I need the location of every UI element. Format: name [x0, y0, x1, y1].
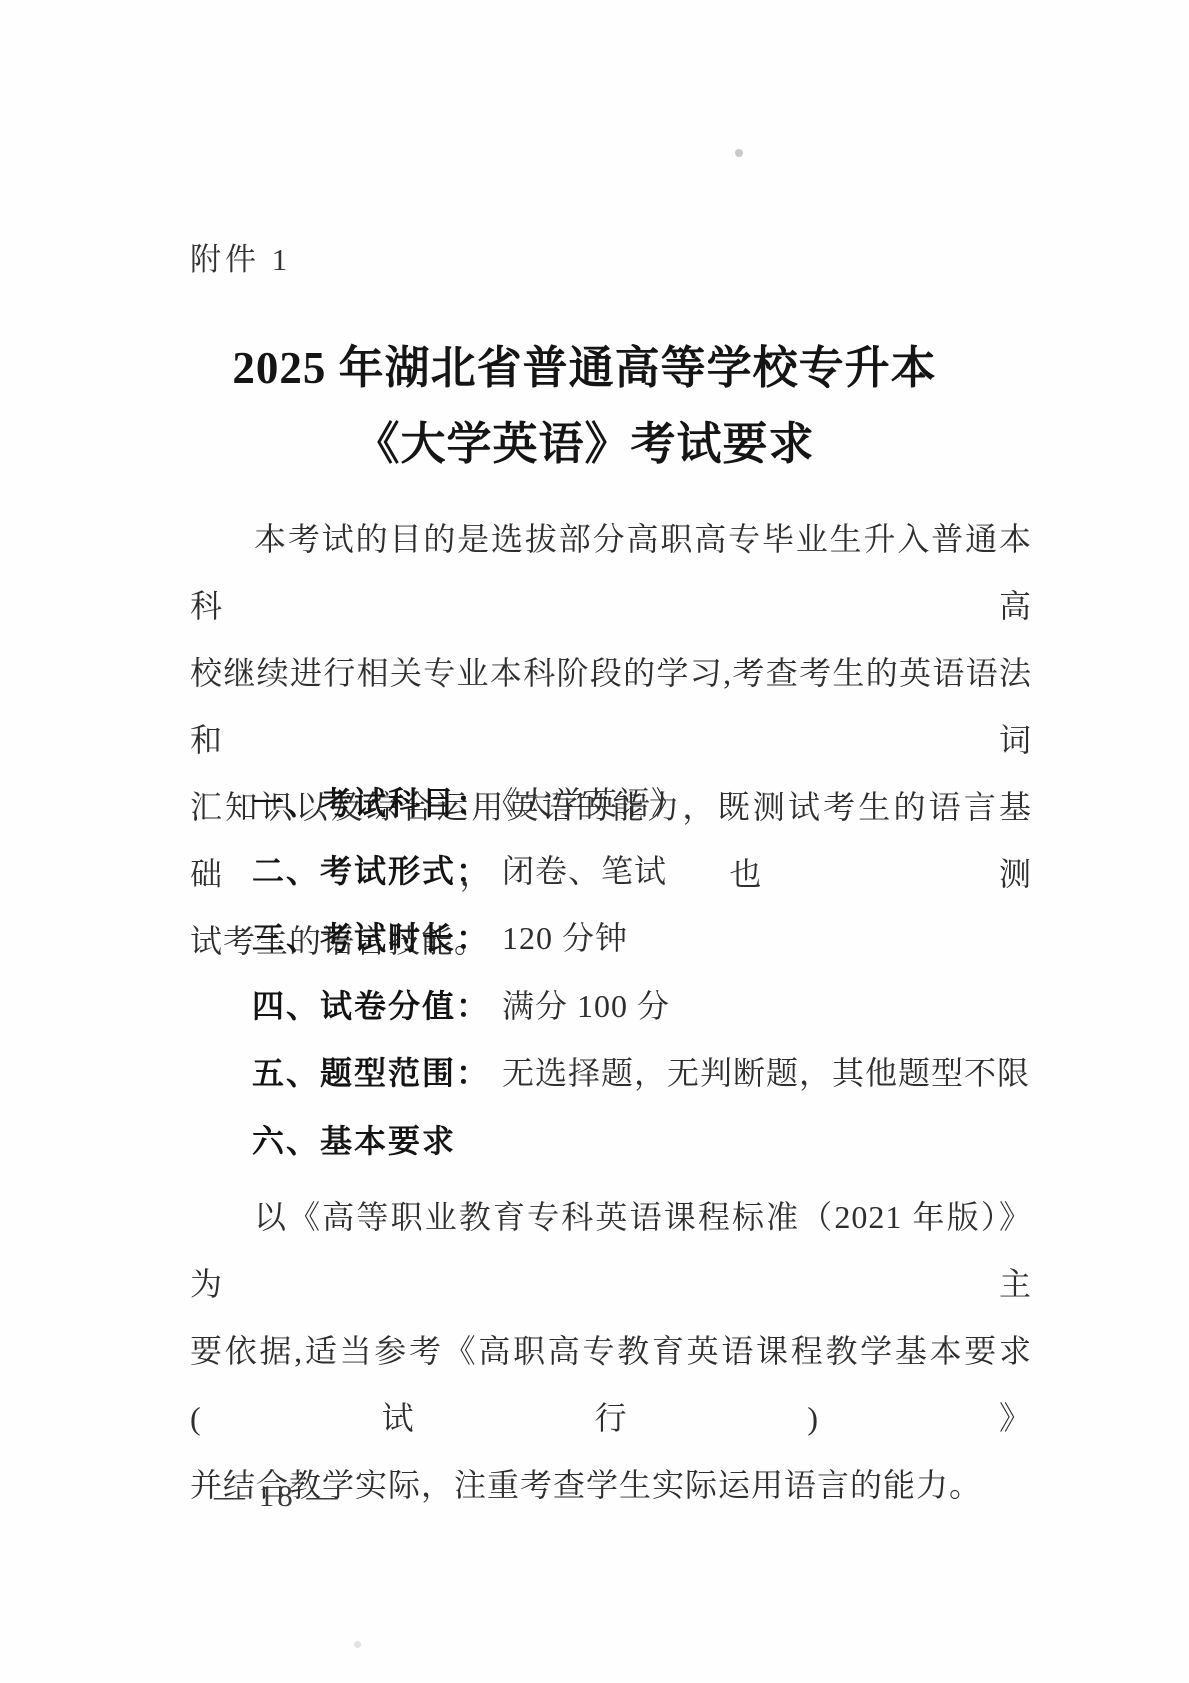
- exam-question-types-value: 无选择题，无判断题，其他题型不限: [502, 1055, 1030, 1091]
- attachment-label: 附件 1: [190, 234, 291, 279]
- exam-format-label: 二、考试形式：: [252, 853, 490, 889]
- exam-subject-label: 一、考试科目：: [252, 785, 490, 821]
- exam-spec-list: 一、考试科目：《大学英语》 二、考试形式：闭卷、笔试 三、考试时长：120 分钟…: [252, 770, 1030, 1175]
- basic-requirements-line: 以《高等职业教育专科英语课程标准（2021 年版）》为主: [190, 1184, 1032, 1318]
- exam-format-value: 闭卷、笔试: [502, 853, 667, 889]
- title-line-1: 2025 年湖北省普通高等学校专升本: [0, 330, 1169, 406]
- document-title: 2025 年湖北省普通高等学校专升本 《大学英语》考试要求: [0, 330, 1169, 482]
- exam-duration-item: 三、考试时长：120 分钟: [252, 905, 1030, 973]
- exam-score-item: 四、试卷分值：满分 100 分: [252, 973, 1030, 1041]
- basic-requirements-line: 要依据,适当参考《高职高专教育英语课程教学基本要求(试行)》: [190, 1318, 1032, 1452]
- basic-requirements-label: 六、基本要求: [252, 1123, 456, 1159]
- exam-question-types-label: 五、题型范围：: [252, 1055, 490, 1091]
- exam-duration-label: 三、考试时长：: [252, 920, 490, 956]
- basic-requirements-paragraph: 以《高等职业教育专科英语课程标准（2021 年版）》为主 要依据,适当参考《高职…: [190, 1184, 1032, 1519]
- exam-score-value: 满分 100 分: [502, 988, 670, 1024]
- exam-subject-value: 《大学英语》: [502, 785, 684, 821]
- title-line-2: 《大学英语》考试要求: [0, 406, 1169, 482]
- basic-requirements-heading: 六、基本要求: [252, 1108, 1030, 1176]
- document-page: 附件 1 2025 年湖北省普通高等学校专升本 《大学英语》考试要求 本考试的目…: [0, 0, 1189, 1683]
- page-number: — 18 —: [214, 1478, 341, 1514]
- exam-duration-value: 120 分钟: [502, 920, 628, 956]
- exam-subject-item: 一、考试科目：《大学英语》: [252, 770, 1030, 838]
- scan-artifact-dot: [735, 149, 743, 157]
- scan-artifact-dot: [354, 1641, 361, 1648]
- intro-paragraph-line: 校继续进行相关专业本科阶段的学习,考查考生的英语语法和词: [190, 640, 1032, 774]
- intro-paragraph-line: 本考试的目的是选拔部分高职高专毕业生升入普通本科高: [190, 506, 1032, 640]
- exam-score-label: 四、试卷分值：: [252, 988, 490, 1024]
- exam-question-types-item: 五、题型范围：无选择题，无判断题，其他题型不限: [252, 1040, 1030, 1108]
- exam-format-item: 二、考试形式：闭卷、笔试: [252, 838, 1030, 906]
